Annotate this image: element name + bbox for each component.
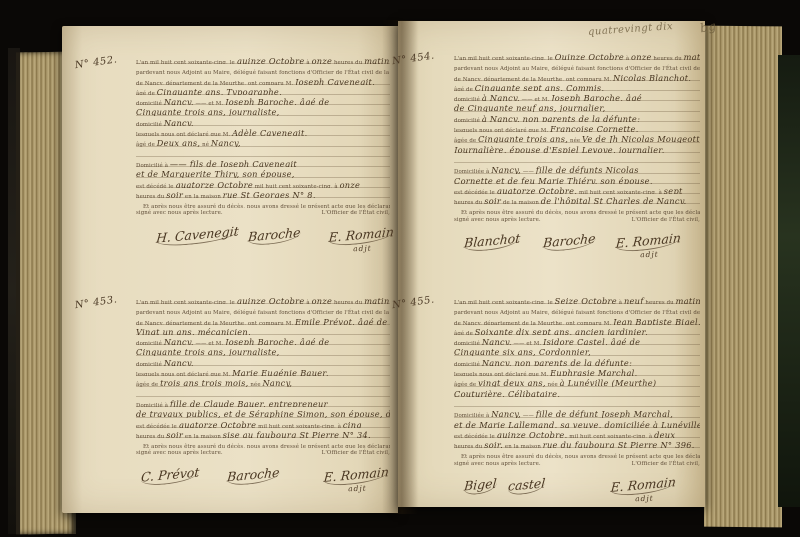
handwritten-text: Soixante dix sept ans, ancien jardinier, xyxy=(475,327,648,335)
record-line: Cinquante trois ans, journaliste, xyxy=(136,105,390,115)
record-line: Cinquante trois ans, journaliste, xyxy=(136,345,390,355)
signature: H. Cavenegit xyxy=(156,223,240,247)
handwritten-text: sise au faubourg St Pierre N° 34. xyxy=(223,430,371,438)
record-line: pardevant nous Adjoint au Maire, délégué… xyxy=(136,304,390,314)
record-line: heures du soir de la maison de l'hôpital… xyxy=(454,194,700,204)
handwritten-text: Emile Prévot, âgé de xyxy=(295,317,387,325)
record-line: Domiciliée à Nancy, —— fille de défunt J… xyxy=(454,407,700,417)
record-line: est décédé le quatorze Octobre mil huit … xyxy=(136,178,390,188)
record-line: âgée de Cinquante trois ans, née Ve de J… xyxy=(454,132,700,142)
handwritten-text: soir. xyxy=(484,440,503,448)
handwritten-text: quinze Octobre xyxy=(237,56,305,64)
record-line: et de Marguerite Thiry, son épouse, xyxy=(136,167,390,177)
record-line: L'an mil huit cent soixante-cinq, le qui… xyxy=(136,294,390,304)
handwritten-text: quinze Octobre xyxy=(237,296,305,304)
record-line: Et après nous être assuré du décès, nous… xyxy=(454,448,700,458)
record-line: signé avec nous après lecture.L'Officier… xyxy=(454,459,700,469)
record-line xyxy=(136,387,390,397)
record-line: lesquels nous ont déclaré que M. Adèle C… xyxy=(136,126,390,136)
record-line: âgée de vingt deux ans, née à Lunéville … xyxy=(454,376,700,386)
record-line: domicilié Nancy, —— et M. Joseph Baroche… xyxy=(136,95,390,105)
printed-text: L'Officier de l'État civil, xyxy=(322,208,390,218)
death-record-455: N° 455. L'an mil huit cent soixante-cinq… xyxy=(406,294,700,509)
record-line: signé avec nous après lecture.L'Officier… xyxy=(136,208,390,218)
record-body: L'an mil huit cent soixante-cinq, le Qui… xyxy=(454,50,700,265)
signatures-row: BlanchotBarocheE. Romainadjt xyxy=(454,231,700,265)
signature: E. Romainadjt xyxy=(615,230,682,262)
handwritten-text: Cinquante six ans, Cordonnier, xyxy=(454,347,591,355)
record-line: heures du soir en la maison rue St Georg… xyxy=(136,188,390,198)
handwritten-text: quinze Octobre, xyxy=(497,430,568,438)
signature-note: adjt xyxy=(617,249,683,260)
printed-text: signé avec nous après lecture. xyxy=(454,215,541,225)
handwritten-text: onze xyxy=(340,180,361,188)
record-line: pardevant nous Adjoint au Maire, délégué… xyxy=(454,60,700,70)
record-line: domicilié Nancy, xyxy=(136,116,390,126)
printed-text: L'Officier de l'État civil, xyxy=(632,459,700,469)
record-line: lesquels nous ont déclaré que M. Euphras… xyxy=(454,366,700,376)
record-line: Domicilié à —— fils de Joseph Cavenegit xyxy=(136,157,390,167)
signature-name: castel xyxy=(507,475,546,495)
handwritten-text: Cornette et de feu Marie Thiéry, son épo… xyxy=(454,176,653,184)
record-line: de travaux publics, et de Séraphine Simo… xyxy=(136,407,390,417)
handwritten-text: soir xyxy=(484,196,501,204)
handwritten-text: Nancy, xyxy=(262,378,292,386)
record-line: Cinquante six ans, Cordonnier, xyxy=(454,345,700,355)
record-line: domicilié Nancy, —— et M. Joseph Baroche… xyxy=(136,335,390,345)
signature: C. Prévot xyxy=(140,464,200,486)
record-line: heures du soir. en la maison rue du faub… xyxy=(454,438,700,448)
handwritten-text: onze xyxy=(631,52,652,60)
record-line: Domicilié à fille de Claude Bauer, entre… xyxy=(136,397,390,407)
record-line: est décédée le quinze Octobre, mil huit … xyxy=(454,428,700,438)
record-line: Et après nous être assuré du décès, nous… xyxy=(136,438,390,448)
signature-name: Blanchot xyxy=(463,230,521,252)
handwritten-text: Françoise Cornette, xyxy=(550,124,639,132)
printed-text: L'Officier de l'État civil, xyxy=(322,448,390,458)
handwritten-text: Cinquante trois ans, journaliste, xyxy=(136,347,280,355)
signature-name: Baroche xyxy=(247,224,301,246)
record-line: Couturière, Célibataire, xyxy=(454,387,700,397)
signature-name: H. Cavenegit xyxy=(156,223,240,247)
handwritten-text: fille de défunts Nicolas xyxy=(536,165,639,173)
signature: Baroche xyxy=(542,231,596,253)
printed-text: née xyxy=(249,382,263,386)
signature: E. Romainadjt xyxy=(323,464,390,496)
death-record-452: N° 452. L'an mil huit cent soixante-cinq… xyxy=(88,54,390,259)
handwritten-text: Vingt un ans, mécanicien, xyxy=(136,327,251,335)
handwritten-text: et de Marie Lallemand, sa veuve, domicil… xyxy=(454,420,700,428)
printed-text: signé avec nous après lecture. xyxy=(136,448,223,458)
handwritten-text: Nancy, xyxy=(164,118,194,126)
handwritten-text: Nancy, xyxy=(164,358,194,366)
record-line: âgée de trois ans trois mois, née Nancy, xyxy=(136,376,390,386)
signature-note: adjt xyxy=(325,483,391,494)
pencil-annotation-mark: bg xyxy=(699,19,718,36)
record-line: Domiciliée à Nancy, —— fille de défunts … xyxy=(454,163,700,173)
record-body: L'an mil huit cent soixante-cinq, le qui… xyxy=(136,54,390,259)
record-line: L'an mil huit cent soixante-cinq, le Qui… xyxy=(454,50,700,60)
handwritten-text: matin, xyxy=(364,56,390,64)
handwritten-text: Nancy, xyxy=(482,337,512,345)
signature-name: C. Prévot xyxy=(140,464,200,486)
record-line: âgé de Deux ans, né Nancy, xyxy=(136,136,390,146)
handwritten-text: de l'hôpital St Charles de Nancy. xyxy=(541,196,687,204)
handwritten-text: Nancy, non parents de la défunte; xyxy=(482,358,632,366)
signature-name: Baroche xyxy=(542,231,596,253)
signatures-row: H. CavenegitBarocheE. Romainadjt xyxy=(136,225,390,259)
handwritten-text: Nicolas Blanchot, xyxy=(613,73,691,81)
book-cover-right xyxy=(778,55,800,507)
handwritten-text: Jean Baptiste Bigel, xyxy=(613,317,700,325)
signatures-row: C. PrévotBarocheE. Romainadjt xyxy=(136,465,390,499)
handwritten-text: matin, xyxy=(364,296,390,304)
record-line: signé avec nous après lecture.L'Officier… xyxy=(454,215,700,225)
record-line: Vingt un ans, mécanicien, xyxy=(136,325,390,335)
record-line: de Nancy, département de la Meurthe, ont… xyxy=(136,315,390,325)
handwritten-text: quatorze Octobre xyxy=(179,420,257,428)
handwritten-text: Ve de Jh Nicolas Mougeotte xyxy=(582,134,700,142)
signature: Bigel xyxy=(463,476,497,496)
record-line: lesquels nous ont déclaré que M. Marie E… xyxy=(136,366,390,376)
signature-name: Baroche xyxy=(227,464,281,486)
record-line: et de Marie Lallemand, sa veuve, domicil… xyxy=(454,418,700,428)
handwritten-text: à Lunéville (Meurthe) xyxy=(560,378,657,386)
record-line: heures du soir en la maison sise au faub… xyxy=(136,428,390,438)
record-line: L'an mil huit cent soixante-cinq, le qui… xyxy=(136,54,390,64)
handwritten-text: de travaux publics, et de Séraphine Simo… xyxy=(136,409,390,417)
printed-text: signé avec nous après lecture. xyxy=(454,459,541,469)
record-body: L'an mil huit cent soixante-cinq, le Sei… xyxy=(454,294,700,509)
handwritten-text: soir xyxy=(166,190,183,198)
death-record-453: N° 453. L'an mil huit cent soixante-cinq… xyxy=(88,294,390,499)
handwritten-text: soir xyxy=(166,430,183,438)
handwritten-text: cinq xyxy=(343,420,362,428)
printed-text: Domiciliée à xyxy=(454,413,491,417)
record-line: âgé de Cinquante sept ans, Commis, xyxy=(454,81,700,91)
handwritten-text: Isidore Castel, âgé de xyxy=(543,337,640,345)
handwritten-text: Joseph Baroche, âgé xyxy=(551,93,642,101)
handwritten-text: fille de défunt Joseph Marchal, xyxy=(536,409,673,417)
signature-name: Bigel xyxy=(463,476,497,496)
signatures-row: BigelcastelE. Romainadjt xyxy=(454,475,700,509)
handwritten-text: Nancy, xyxy=(164,97,194,105)
record-line xyxy=(454,153,700,163)
printed-text: Domiciliée à xyxy=(454,169,491,173)
handwritten-text: et de Marguerite Thiry, son épouse, xyxy=(136,169,295,177)
printed-text: pardevant nous Adjoint au Maire, délégué… xyxy=(136,70,390,74)
signature: castel xyxy=(507,475,546,495)
record-line: pardevant nous Adjoint au Maire, délégué… xyxy=(454,304,700,314)
signature: Baroche xyxy=(227,464,281,486)
record-line xyxy=(454,397,700,407)
handwritten-text: à Nancy, xyxy=(482,93,520,101)
record-line: domicilié à Nancy, non parents de la déf… xyxy=(454,112,700,122)
printed-text: pardevant nous Adjoint au Maire, délégué… xyxy=(454,310,700,314)
handwritten-text: fille de Claude Bauer, entrepreneur xyxy=(170,399,328,407)
record-line: Et après nous être assuré du décès, nous… xyxy=(454,204,700,214)
handwritten-text: Nancy, xyxy=(491,409,521,417)
handwritten-text: Cinquante ans, Typographe, xyxy=(157,87,282,95)
signature: E. Romainadjt xyxy=(610,474,677,506)
handwritten-text: Journalière, épouse d'Espiel Levoye, jou… xyxy=(454,145,665,153)
handwritten-text: Cinquante sept ans, Commis, xyxy=(475,83,605,91)
record-line: âgé de Soixante dix sept ans, ancien jar… xyxy=(454,325,700,335)
handwritten-text: Cinquante trois ans, xyxy=(478,134,568,142)
printed-text: signé avec nous après lecture. xyxy=(136,208,223,218)
handwritten-text: Seize Octobre xyxy=(555,296,617,304)
signature: Blanchot xyxy=(463,231,521,253)
handwritten-text: neuf xyxy=(624,296,644,304)
signature-note: adjt xyxy=(612,493,678,504)
signature: E. Romainadjt xyxy=(328,224,395,256)
record-line: de Nancy, département de la Meurthe, ont… xyxy=(136,75,390,85)
signature-note: adjt xyxy=(330,243,396,254)
handwritten-text: quatorze Octobre xyxy=(175,180,253,188)
record-line: signé avec nous après lecture.L'Officier… xyxy=(136,448,390,458)
record-line: domicilié Nancy, non parents de la défun… xyxy=(454,356,700,366)
handwritten-text: Nancy, xyxy=(211,138,241,146)
record-body: L'an mil huit cent soixante-cinq, le qui… xyxy=(136,294,390,499)
handwritten-text: onze xyxy=(312,56,333,64)
record-line: domicilié à Nancy, —— et M. Joseph Baroc… xyxy=(454,91,700,101)
handwritten-text: Cinquante trois ans, journaliste, xyxy=(136,107,280,115)
handwritten-text: Euphrasie Marchal, xyxy=(550,368,637,376)
printed-text: —— xyxy=(521,169,536,173)
handwritten-text: matin, xyxy=(676,296,700,304)
printed-text: L'Officier de l'État civil, xyxy=(632,215,700,225)
record-line: L'an mil huit cent soixante-cinq, le Sei… xyxy=(454,294,700,304)
record-line: est décédée le quatorze Octobre, mil hui… xyxy=(454,184,700,194)
handwritten-text: à Nancy, non parents de la défunte; xyxy=(482,114,640,122)
handwritten-text: Quinze Octobre xyxy=(555,52,624,60)
record-line: de Nancy, département de la Meurthe, ont… xyxy=(454,71,700,81)
printed-text: âgée de xyxy=(136,382,160,386)
handwritten-text: rue du faubourg St Pierre N° 396. xyxy=(543,440,695,448)
handwritten-text: Deux ans, xyxy=(157,138,201,146)
record-line: domicilié Nancy, xyxy=(136,356,390,366)
printed-text: âgé de xyxy=(136,142,157,146)
signature: Baroche xyxy=(247,224,301,246)
record-line: Cornette et de feu Marie Thiéry, son épo… xyxy=(454,174,700,184)
printed-text: né xyxy=(200,142,211,146)
handwritten-text: quatorze Octobre, xyxy=(497,186,578,194)
printed-text: pardevant nous Adjoint au Maire, délégué… xyxy=(454,66,700,70)
handwritten-text: Joseph Cavenegit, xyxy=(295,77,375,85)
death-record-454: N° 454. L'an mil huit cent soixante-cinq… xyxy=(406,50,700,265)
handwritten-text: matin, xyxy=(684,52,700,60)
handwritten-text: Couturière, Célibataire, xyxy=(454,389,560,397)
handwritten-text: deux xyxy=(654,430,675,438)
register-book-photo: quatrevingt dix bg N° 452. L'an mil huit… xyxy=(0,0,800,537)
handwritten-text: vingt deux ans, xyxy=(478,378,546,386)
handwritten-text: Joseph Baroche, âgé de xyxy=(225,337,329,345)
page-edges-right xyxy=(704,26,782,528)
record-line: est décédée le quatorze Octobre mil huit… xyxy=(136,418,390,428)
handwritten-text: rue St Georges N° 8, xyxy=(223,190,316,198)
handwritten-text: Nancy, xyxy=(164,337,194,345)
printed-text: —— xyxy=(521,413,536,417)
handwritten-text: onze xyxy=(312,296,333,304)
record-line: de Cinquante neuf ans, journalier, xyxy=(454,101,700,111)
handwritten-text: —— fils de Joseph Cavenegit xyxy=(170,159,297,167)
handwritten-text: de Cinquante neuf ans, journalier, xyxy=(454,103,606,111)
record-line: Journalière, épouse d'Espiel Levoye, jou… xyxy=(454,143,700,153)
record-line: Et après nous être assuré du décès, nous… xyxy=(136,198,390,208)
record-line: lesquels nous ont déclaré que M. Françoi… xyxy=(454,122,700,132)
record-line: de Nancy, département de la Meurthe, ont… xyxy=(454,315,700,325)
record-line xyxy=(136,147,390,157)
record-line: pardevant nous Adjoint au Maire, délégué… xyxy=(136,64,390,74)
printed-text: pardevant nous Adjoint au Maire, délégué… xyxy=(136,310,390,314)
handwritten-text: Marie Eugénie Bauer, xyxy=(232,368,329,376)
handwritten-text: Joseph Baroche, âgé de xyxy=(225,97,329,105)
handwritten-text: trois ans trois mois, xyxy=(160,378,249,386)
handwritten-text: sept xyxy=(664,186,683,194)
handwritten-text: Adèle Cavenegit, xyxy=(232,128,307,136)
record-line: âgé de Cinquante ans, Typographe, xyxy=(136,85,390,95)
record-line: domicilié Nancy, —— et M. Isidore Castel… xyxy=(454,335,700,345)
handwritten-text: Nancy, xyxy=(491,165,521,173)
